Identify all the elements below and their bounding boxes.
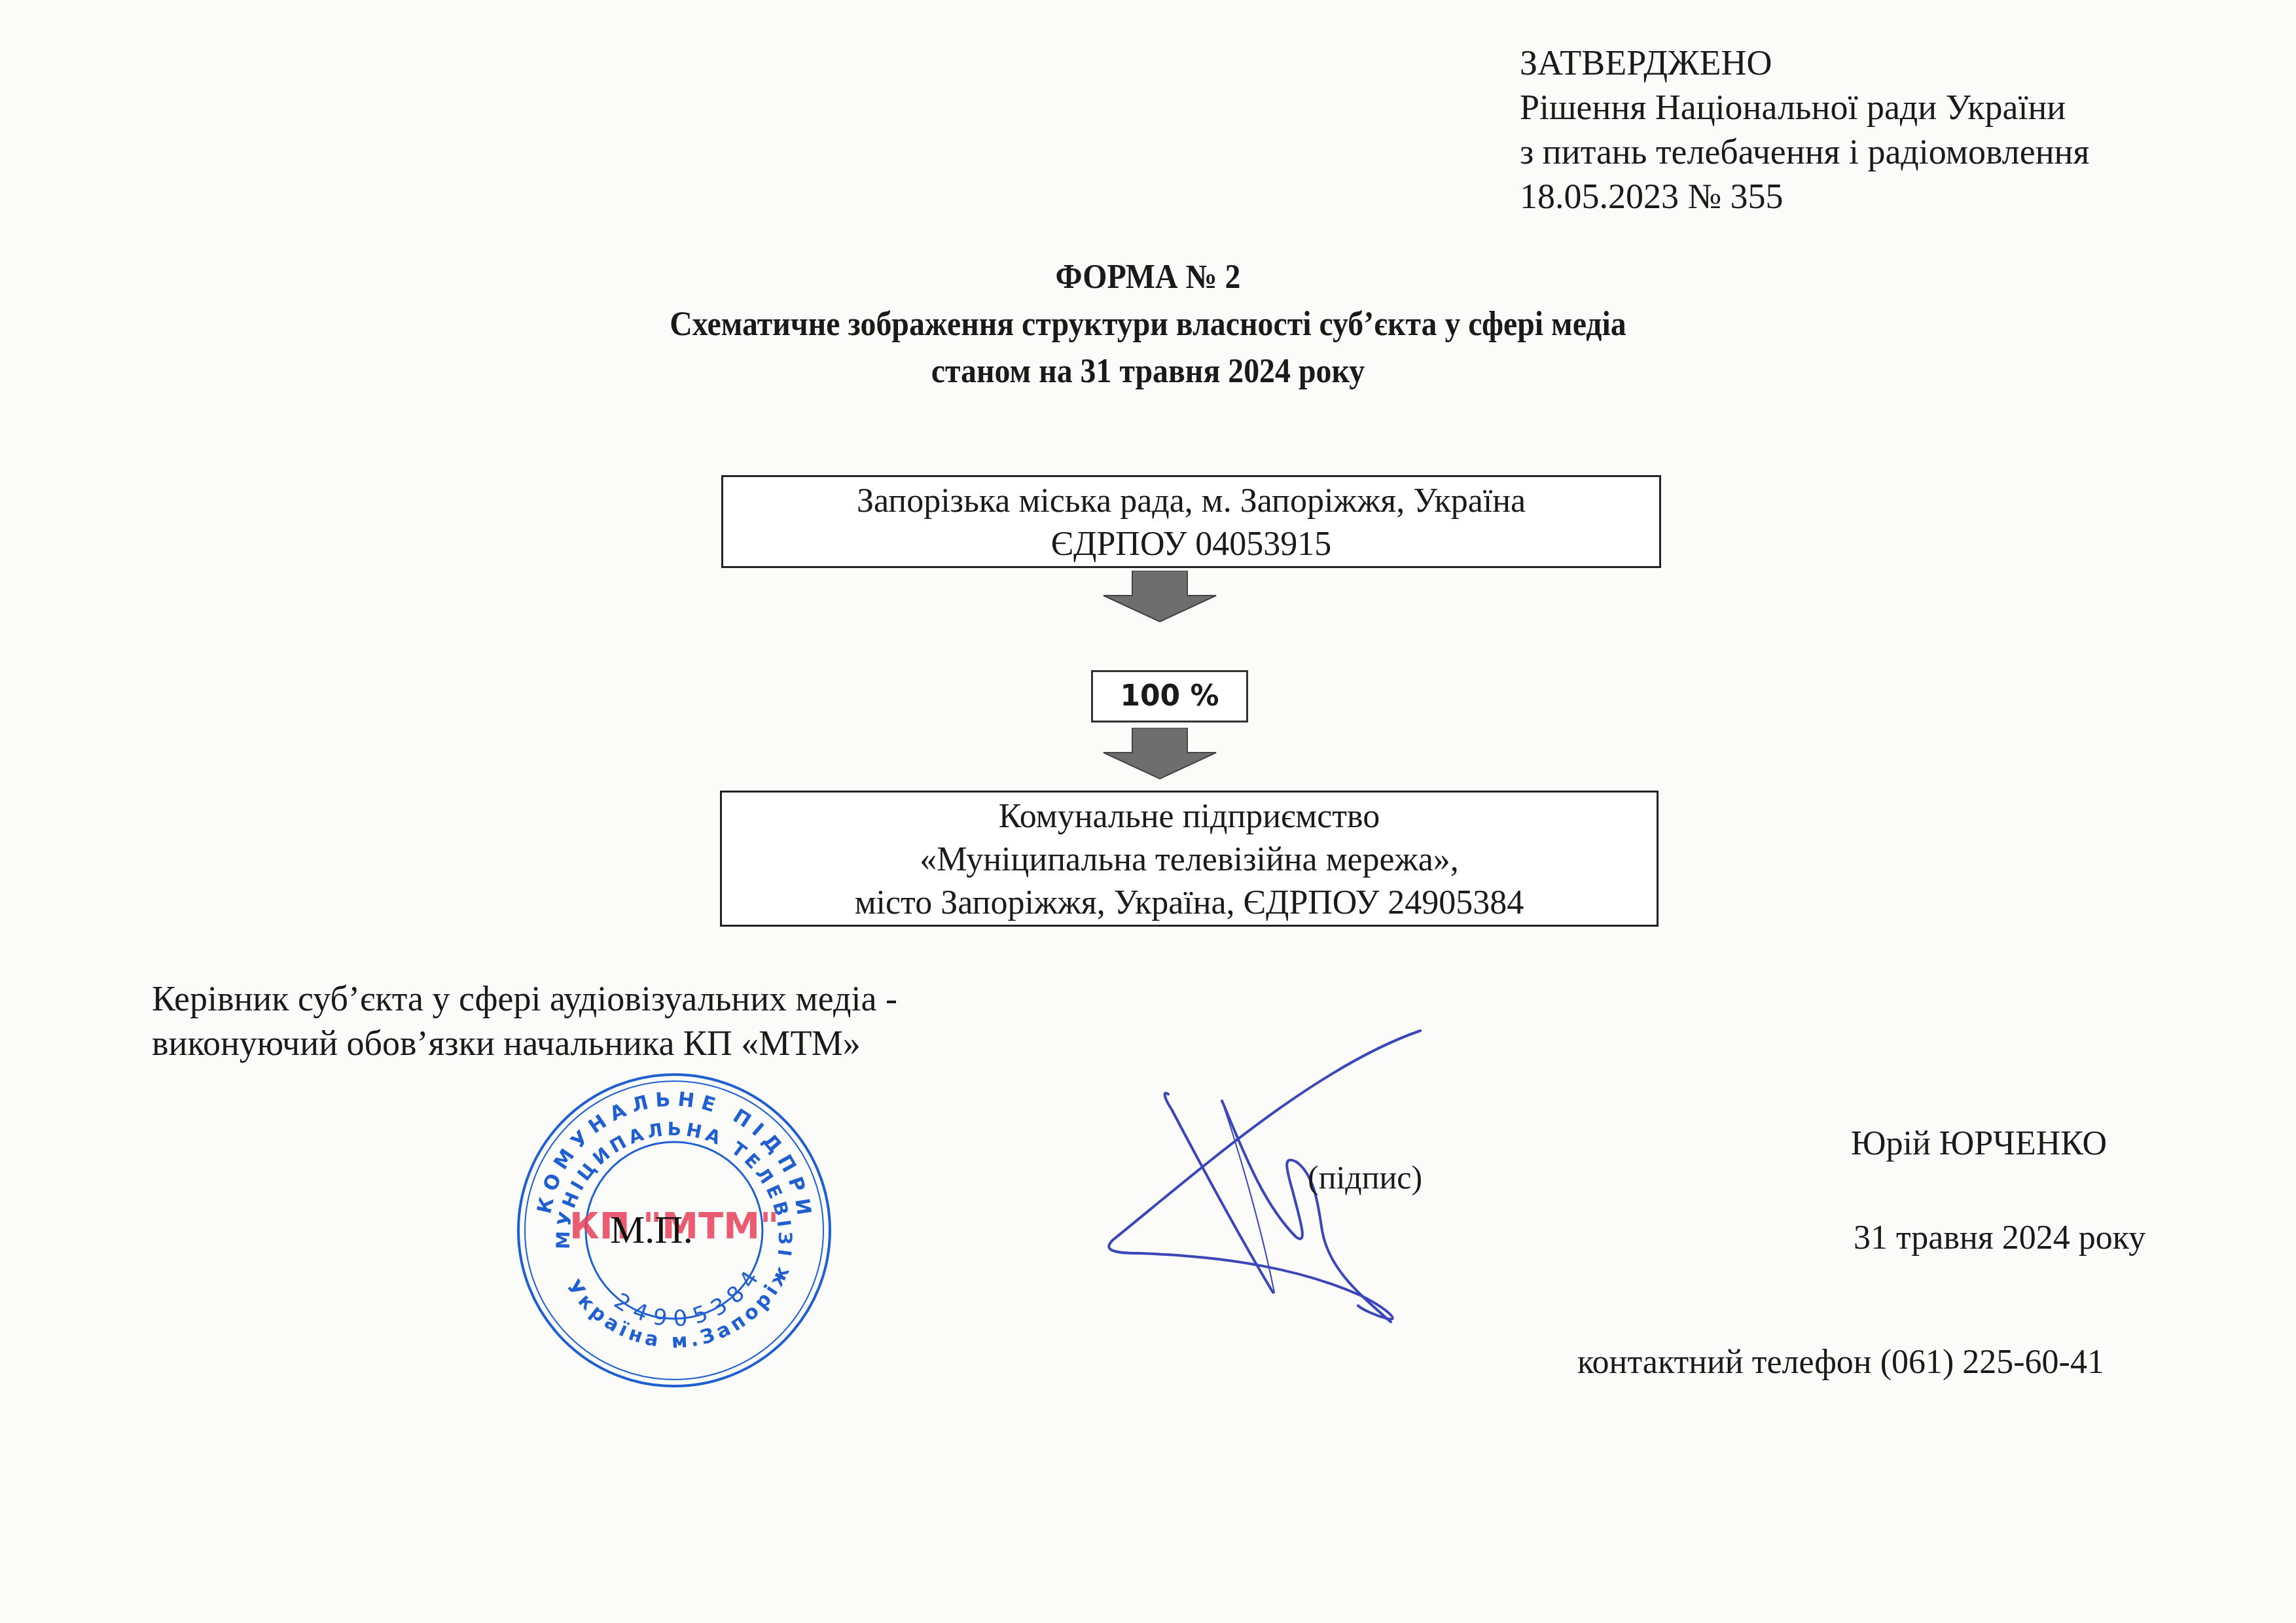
owner-code: ЄДРПОУ 04053915 (723, 523, 1659, 566)
document-title: ФОРМА № 2 Схематичне зображення структур… (92, 254, 2204, 395)
signatory-line-2: виконуючий обов’язки начальника КП «МТМ» (152, 1021, 897, 1065)
arrow-down-icon (1101, 728, 1219, 780)
contact-label: контактний телефон (1577, 1344, 1872, 1381)
subsidiary-location: місто Запоріжжя, Україна, ЄДРПОУ 2490538… (722, 882, 1657, 925)
approval-line-2: з питань телебачення і радіомовлення (1520, 130, 2089, 174)
owner-name: Запорізька міська рада, м. Запоріжжя, Ук… (723, 480, 1659, 523)
subsidiary-name: «Муніципальна телевізійна мережа», (722, 838, 1657, 882)
subsidiary-box: Комунальне підприємство «Муніципальна те… (720, 791, 1659, 927)
contact-phone: (061) 225-60-41 (1880, 1344, 2104, 1381)
owner-box: Запорізька міська рада, м. Запоріжжя, Ук… (721, 475, 1661, 568)
seal-placeholder-label: М.П. (610, 1207, 693, 1253)
approval-line-1: Рішення Національної ради України (1520, 85, 2089, 130)
signatory-position: Керівник суб’єкта у сфері аудіовізуальни… (152, 976, 897, 1065)
approval-block: ЗАТВЕРДЖЕНО Рішення Національної ради Ук… (1520, 41, 2089, 219)
signatory-name: Юрій ЮРЧЕНКО (1851, 1124, 2107, 1163)
subsidiary-type: Комунальне підприємство (722, 795, 1657, 838)
approval-heading: ЗАТВЕРДЖЕНО (1520, 41, 2089, 85)
ownership-share-badge: 100 % (1091, 670, 1248, 722)
signature-date: 31 травня 2024 року (1854, 1219, 2145, 1257)
signatory-line-1: Керівник суб’єкта у сфері аудіовізуальни… (152, 976, 897, 1021)
arrow-down-icon (1101, 571, 1219, 623)
signature-caption: (підпис) (1308, 1158, 1422, 1196)
approval-line-3: 18.05.2023 № 355 (1520, 174, 2089, 219)
form-subtitle: Схематичне зображення структури власност… (92, 301, 2204, 348)
form-number: ФОРМА № 2 (92, 254, 2204, 301)
contact-phone-line: контактний телефон (061) 225-60-41 (1577, 1343, 2104, 1382)
as-of-date: станом на 31 травня 2024 року (92, 348, 2204, 395)
